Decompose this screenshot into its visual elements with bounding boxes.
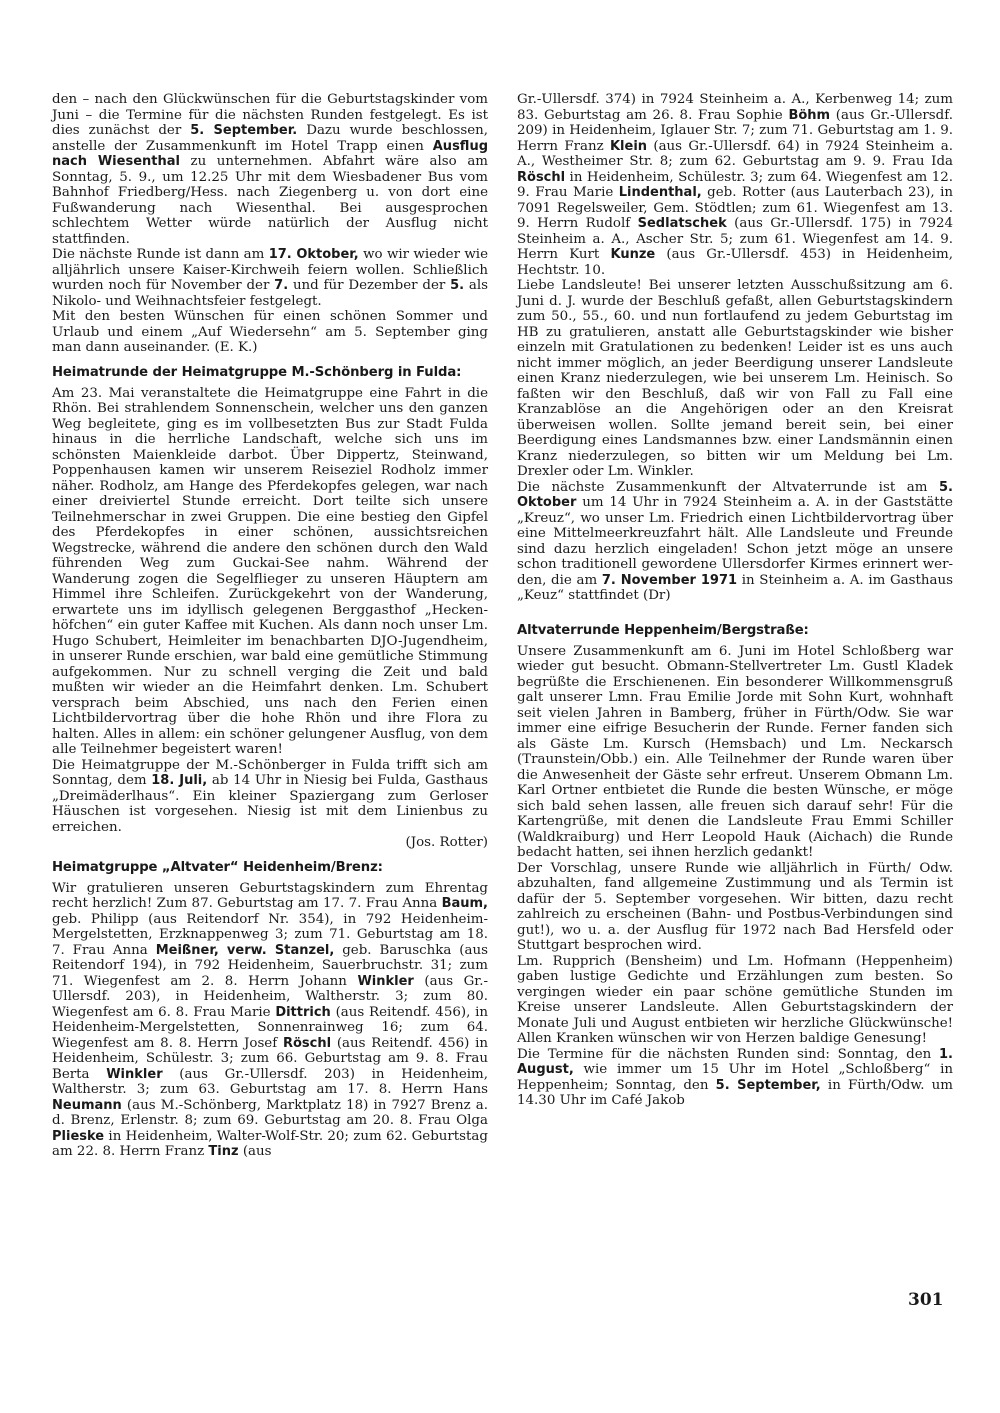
paragraph: den – nach den Glückwünschen für die Geb… (52, 92, 488, 247)
right-column: Gr.-Ullersdf. 374) in 7924 Steinheim a. … (517, 92, 953, 1109)
emphasized-text: Lindenthal, (619, 185, 702, 200)
text-run: und für Dezember der (288, 278, 450, 293)
emphasized-text: 5. Sep­tember, (716, 1078, 821, 1093)
emphasized-text: Plieske (52, 1129, 104, 1144)
emphasized-text: Dittrich (275, 1005, 331, 1020)
paragraph: Die Termine für die nächsten Runden sind… (517, 1047, 953, 1109)
text-run: Die Termine für die nächsten Runden sind… (517, 1047, 939, 1062)
text-run: Die nächste Zusammenkunft der Altvaterru… (517, 480, 939, 495)
paragraph: Der Vorschlag, unsere Runde wie alljährl… (517, 861, 953, 954)
paragraph: Liebe Landsleute! Bei unserer letzten Au… (517, 278, 953, 480)
left-column: den – nach den Glückwünschen für die Geb… (52, 92, 488, 1160)
paragraph: Lm. Rupprich (Bensheim) und Lm. Hofmann … (517, 954, 953, 1047)
emphasized-text: 17. Oktober, (269, 247, 359, 262)
emphasized-text: Röschl (283, 1036, 331, 1051)
emphasized-text: Meißner, verw. Stanzel, (156, 943, 335, 958)
section-heading: Altvaterrunde Heppenheim/Bergstraße: (517, 622, 953, 640)
emphasized-text: Neumann (52, 1098, 122, 1113)
paragraph: Am 23. Mai veranstaltete die Heimatgrupp… (52, 386, 488, 758)
emphasized-text: 7. November 1971 (602, 573, 737, 588)
text-run: Wir gratulieren unseren Geburtstagskinde… (52, 881, 488, 912)
paragraph: Wir gratulieren unseren Geburtstagskinde… (52, 881, 488, 1160)
emphasized-text: 5. (450, 278, 464, 293)
text-run: Die nächste Runde ist dann am (52, 247, 269, 262)
paragraph: Gr.-Ullersdf. 374) in 7924 Steinheim a. … (517, 92, 953, 278)
emphasized-text: Böhm (788, 108, 830, 123)
emphasized-text: Baum, (442, 896, 488, 911)
emphasized-text: Sedlatschek (638, 216, 727, 231)
section-heading: Heimatrunde der Heimatgruppe M.-Schönber… (52, 364, 488, 382)
emphasized-text: 5. Sep­tember. (190, 123, 297, 138)
page-number: 301 (908, 1290, 944, 1310)
paragraph: Die nächste Zusammenkunft der Altvaterru… (517, 480, 953, 604)
emphasized-text: 18. Juli, (151, 773, 207, 788)
paragraph: Unsere Zusammenkunft am 6. Juni im Hotel… (517, 644, 953, 861)
paragraph: Mit den besten Wünschen für einen schöne… (52, 309, 488, 356)
emphasized-text: 7. (274, 278, 288, 293)
emphasized-text: Winkler (357, 974, 413, 989)
emphasized-text: Röschl (517, 170, 565, 185)
paragraph: Die nächste Runde ist dann am 17. Oktobe… (52, 247, 488, 309)
section-heading: Heimatgruppe „Altvater“ Heidenheim/Brenz… (52, 859, 488, 877)
emphasized-text: Klein (610, 139, 647, 154)
emphasized-text: Kunze (610, 247, 655, 262)
author-signature: (Jos. Rotter) (52, 835, 488, 851)
text-run: (aus (239, 1144, 272, 1159)
emphasized-text: Tinz (208, 1144, 238, 1159)
emphasized-text: Winkler (106, 1067, 162, 1082)
paragraph: Die Heimatgruppe der M.-Schönberger in F… (52, 758, 488, 836)
spacer (517, 604, 953, 614)
